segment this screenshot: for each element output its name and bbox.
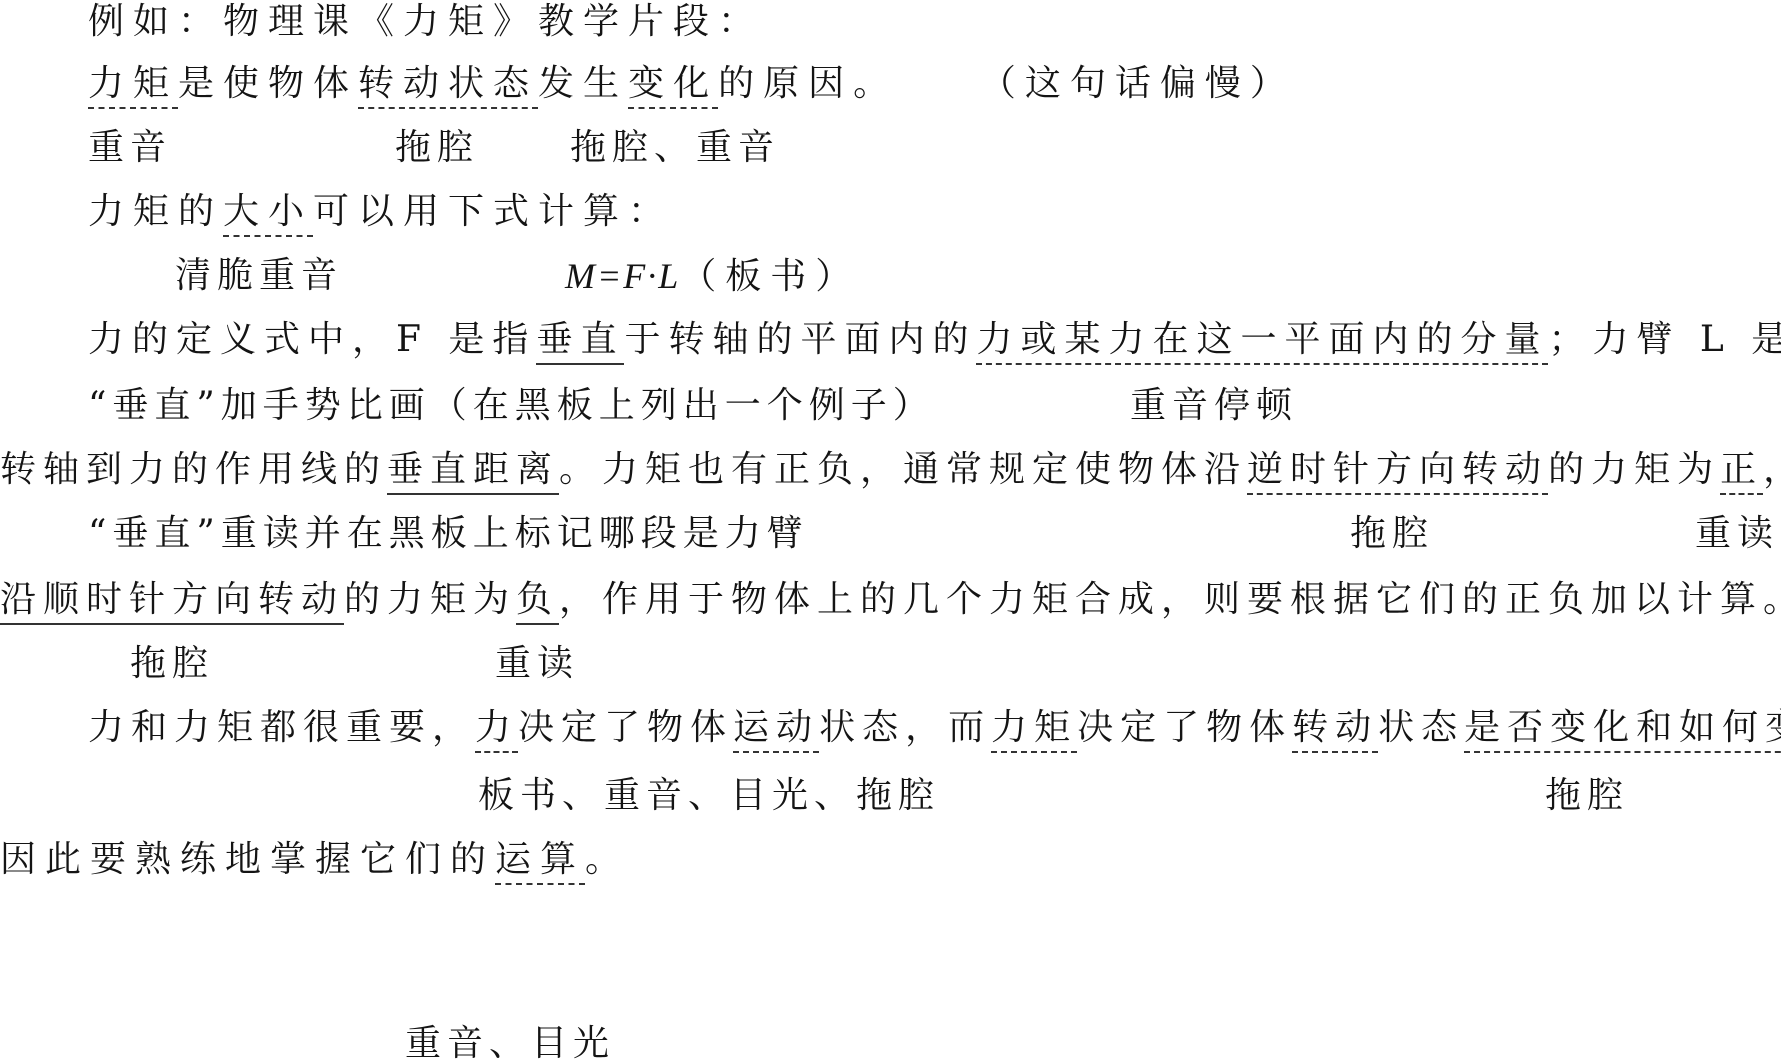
annotation-drawl: 拖腔: [1350, 512, 1434, 556]
text-segment: 是使物体: [178, 63, 358, 104]
text-line-4: 转轴到力的作用线的垂直距离。力矩也有正负，通常规定使物体沿逆时针方向转动的力矩为…: [0, 448, 1781, 492]
annotation-stress: 重音: [88, 126, 172, 170]
underlined-term: 变化: [628, 63, 718, 109]
text-segment: ，作用于物体上的几个力矩合成，则要根据它们的正负加以计算。: [559, 579, 1781, 620]
underlined-term: 运动: [733, 707, 819, 753]
annotation-board-stress-gaze-drawl: 板书、重音、目光、拖腔: [478, 774, 940, 818]
underlined-term: 运算: [495, 839, 585, 885]
underlined-term: 大小: [223, 191, 313, 237]
text-line-5: 沿顺时针方向转动的力矩为负，作用于物体上的几个力矩合成，则要根据它们的正负加以计…: [0, 578, 1781, 622]
text-segment: ，: [1763, 449, 1781, 490]
text-segment: 的力矩为: [1548, 449, 1720, 490]
annotation-reread: 重读: [1695, 512, 1779, 556]
text-line-1: 力矩是使物体转动状态发生变化的原因。 （这句话偏慢）: [88, 62, 1295, 106]
formula-note: （板书）: [680, 256, 860, 297]
text-segment: 。力矩也有正负，通常规定使物体沿: [559, 449, 1247, 490]
underlined-term: 力矩: [88, 63, 178, 109]
text-segment: 状态: [1378, 707, 1464, 748]
text-line-7: 因此要熟练地掌握它们的运算。: [0, 838, 630, 882]
annotation-stress-pause: 重音停顿: [1130, 384, 1298, 428]
underlined-term: 是否变化和如何变化: [1464, 707, 1781, 753]
annotation-crisp-stress: 清脆重音: [175, 254, 343, 298]
underlined-term: 正: [1720, 449, 1763, 495]
text-segment: 状态，而: [819, 707, 991, 748]
annotation-reread: 重读: [495, 642, 579, 686]
annotation-stress-gaze: 重音、目光: [405, 1022, 615, 1061]
speed-note: （这句话偏慢）: [898, 63, 1295, 104]
text-line-6: 力和力矩都很重要，力决定了物体运动状态，而力矩决定了物体转动状态是否变化和如何变…: [88, 706, 1781, 750]
text-line-2: 力矩的大小可以用下式计算：: [88, 190, 673, 234]
underlined-term: 力矩: [991, 707, 1077, 753]
underlined-term: 沿顺时针方向转动: [0, 579, 344, 625]
text-segment: 力和力矩都很重要，: [88, 707, 475, 748]
text-segment: 转轴到力的作用线的: [0, 449, 387, 490]
text-segment: ；力臂 L 是指: [1548, 319, 1781, 360]
annotation-drawl-stress: 拖腔、重音: [570, 126, 780, 170]
text-segment: 力矩的: [88, 191, 223, 232]
annotation-reread-mark: “垂直”重读并在黑板上标记哪段是力臂: [88, 512, 809, 556]
text-segment: 可以用下式计算：: [313, 191, 673, 232]
text-segment: 的力矩为: [344, 579, 516, 620]
text-segment: 因此要熟练地掌握它们的: [0, 839, 495, 880]
underlined-term: 力: [475, 707, 518, 753]
underlined-term: 逆时针方向转动: [1247, 449, 1548, 495]
annotation-drawl: 拖腔: [1545, 774, 1629, 818]
underlined-term: 垂直距离: [387, 449, 559, 495]
underlined-term: 负: [516, 579, 559, 625]
text-segment: 决定了物体: [1077, 707, 1292, 748]
heading: 例如：物理课《力矩》教学片段：: [88, 0, 763, 44]
underlined-term: 转动: [1292, 707, 1378, 753]
formula: M=F·L（板书）: [565, 254, 860, 299]
text-segment: 。: [585, 839, 630, 880]
text-segment: 决定了物体: [518, 707, 733, 748]
formula-expression: M=F·L: [565, 256, 680, 296]
text-segment: 力的定义式中，F 是指: [88, 319, 536, 360]
underlined-term: 转动状态: [358, 63, 538, 109]
text-segment: 发生: [538, 63, 628, 104]
text-segment: 于转轴的平面内的: [624, 319, 976, 360]
text-line-3: 力的定义式中，F 是指垂直于转轴的平面内的力或某力在这一平面内的分量；力臂 L …: [88, 318, 1781, 362]
annotation-drawl: 拖腔: [130, 642, 214, 686]
annotation-gesture: “垂直”加手势比画（在黑板上列出一个例子）: [88, 384, 935, 428]
underlined-term: 垂直: [536, 319, 624, 365]
text-segment: 的原因。: [718, 63, 898, 104]
annotation-drawl: 拖腔: [395, 126, 479, 170]
underlined-term: 力或某力在这一平面内的分量: [976, 319, 1548, 365]
